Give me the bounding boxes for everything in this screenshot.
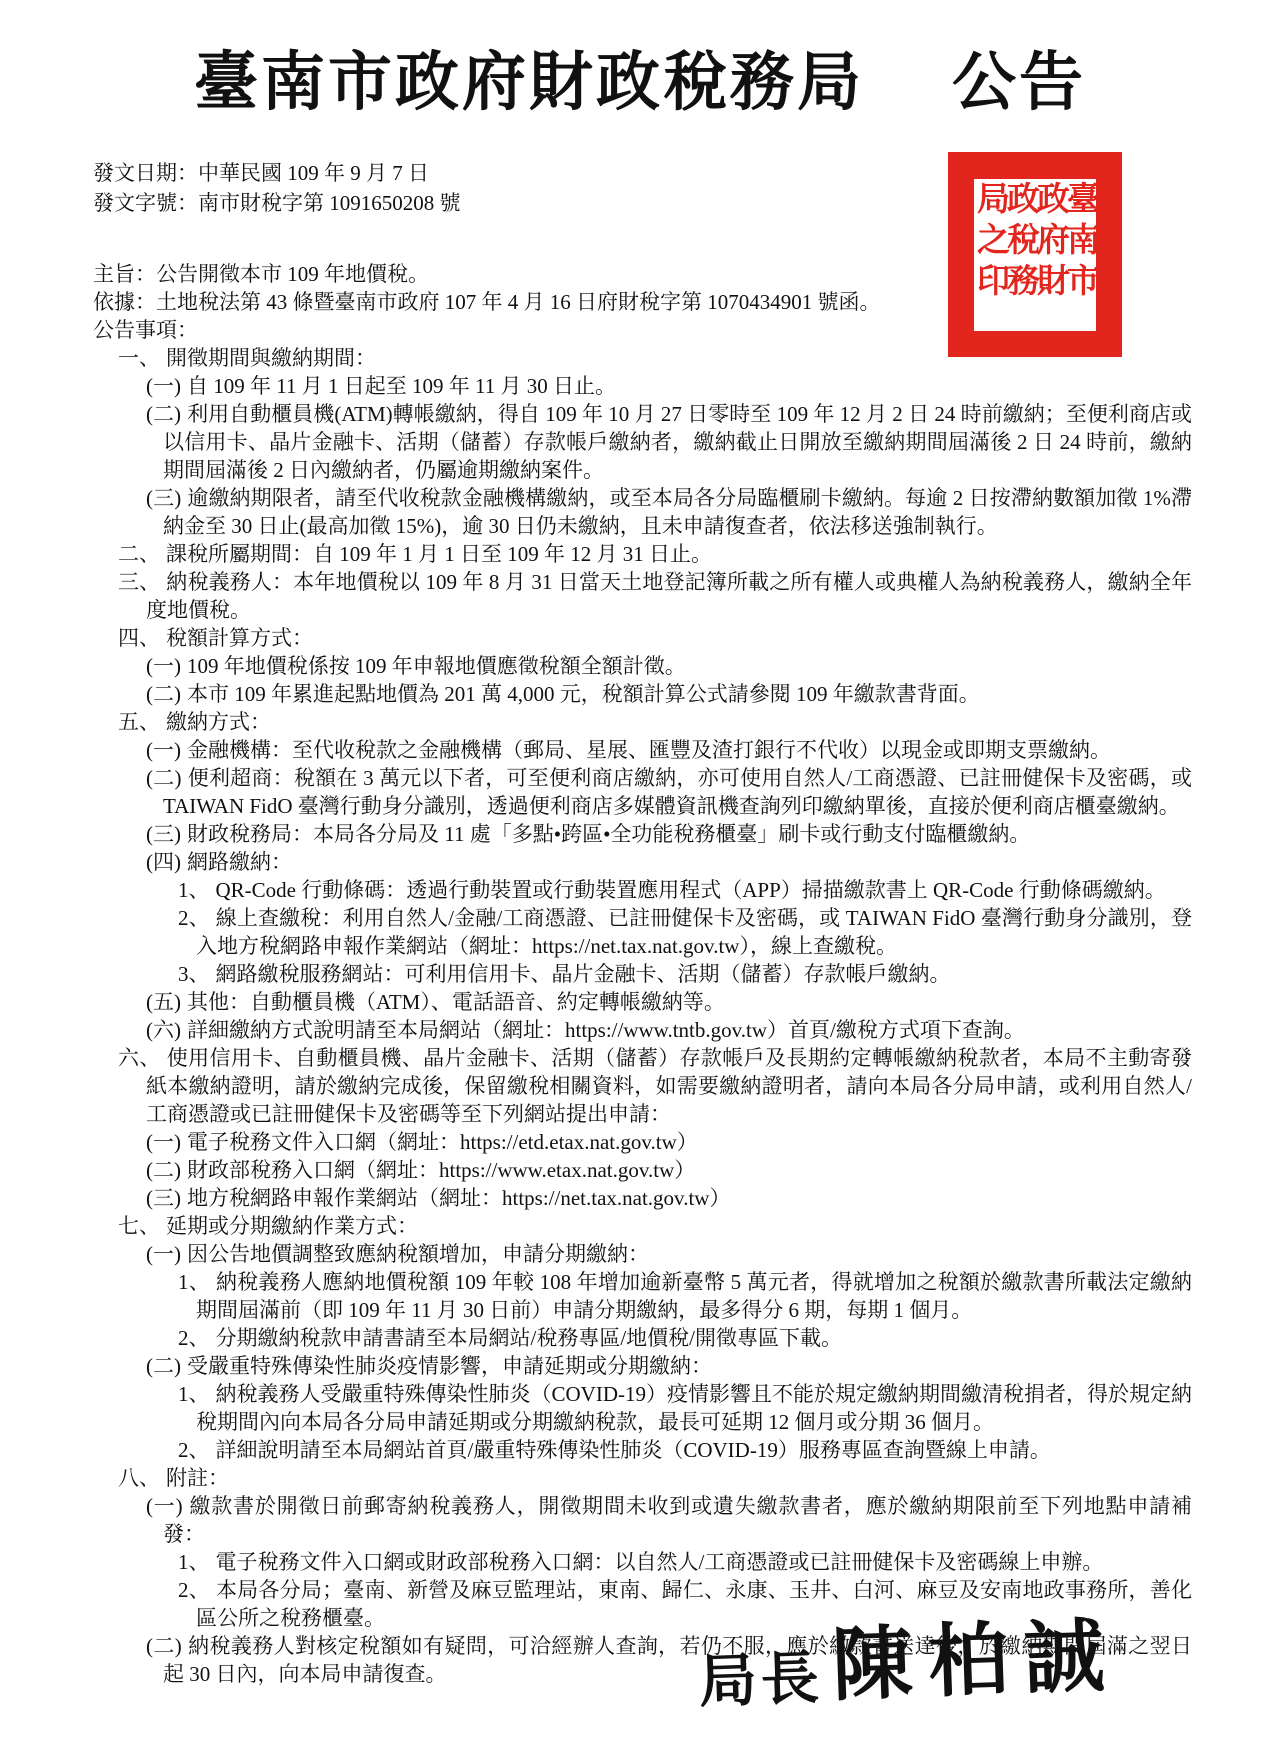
announcement-item: 3、網路繳稅服務網站：可利用信用卡、晶片金融卡、活期（儲蓄）存款帳戶繳納。 bbox=[93, 960, 1192, 988]
item-text: 納稅義務人應納地價稅額 109 年較 108 年增加逾新臺幣 5 萬元者，得就增… bbox=[196, 1270, 1192, 1322]
announcement-item: (二)本市 109 年累進起點地價為 201 萬 4,000 元，稅額計算公式請… bbox=[93, 680, 1192, 708]
announcement-item: (一)繳款書於開徵日前郵寄納稅義務人，開徵期間未收到或遺失繳款書者，應於繳納期限… bbox=[93, 1492, 1192, 1548]
announcement-item: 六、使用信用卡、自動櫃員機、晶片金融卡、活期（儲蓄）存款帳戶及長期約定轉帳繳納稅… bbox=[93, 1044, 1192, 1128]
item-marker: (二) bbox=[146, 402, 181, 426]
item-marker: 二、 bbox=[118, 542, 160, 566]
item-text: 網路繳稅服務網站：可利用信用卡、晶片金融卡、活期（儲蓄）存款帳戶繳納。 bbox=[216, 962, 951, 986]
item-text: 逾繳納期限者，請至代收稅款金融機構繳納，或至本局各分局臨櫃刷卡繳納。每逾 2 日… bbox=[163, 486, 1192, 538]
announcement-item: (一)電子稅務文件入口網（網址：https://etd.etax.nat.gov… bbox=[93, 1128, 1192, 1156]
item-marker: 2、 bbox=[178, 906, 210, 930]
official-seal-text: 臺南市政府財政稅務局之印 bbox=[974, 179, 1096, 331]
item-text: 稅額計算方式： bbox=[166, 626, 313, 650]
item-marker: 2、 bbox=[178, 1326, 210, 1350]
announcement-item: 1、納稅義務人受嚴重特殊傳染性肺炎（COVID-19）疫情影響且不能於規定繳納期… bbox=[93, 1380, 1192, 1436]
item-marker: (五) bbox=[146, 990, 181, 1014]
item-marker: 1、 bbox=[178, 1270, 210, 1294]
item-text: 開徵期間與繳納期間： bbox=[166, 346, 376, 370]
item-marker: (三) bbox=[146, 822, 181, 846]
item-text: 財政部稅務入口網（網址：https://www.etax.nat.gov.tw） bbox=[187, 1158, 695, 1182]
announcement-item: (三)地方稅網路申報作業網站（網址：https://net.tax.nat.go… bbox=[93, 1184, 1192, 1212]
item-text: 本市 109 年累進起點地價為 201 萬 4,000 元，稅額計算公式請參閱 … bbox=[187, 682, 980, 706]
item-text: 因公告地價調整致應納稅額增加，申請分期繳納： bbox=[187, 1242, 649, 1266]
item-marker: (二) bbox=[146, 682, 181, 706]
item-marker: 2、 bbox=[178, 1578, 210, 1602]
item-text: 詳細說明請至本局網站首頁/嚴重特殊傳染性肺炎（COVID-19）服務專區查詢暨線… bbox=[216, 1438, 1051, 1462]
item-marker: 1、 bbox=[178, 1550, 210, 1574]
item-marker: (三) bbox=[146, 1186, 181, 1210]
announcement-item: (一)109 年地價稅係按 109 年申報地價應徵稅額全額計徵。 bbox=[93, 652, 1192, 680]
item-marker: 1、 bbox=[178, 1382, 210, 1406]
announcement-item: 2、線上查繳稅：利用自然人/金融/工商憑證、已註冊健保卡及密碼，或 TAIWAN… bbox=[93, 904, 1192, 960]
agency-name: 臺南市政府財政稅務局 bbox=[194, 47, 864, 118]
seal-column: 局之印 bbox=[975, 181, 1005, 329]
item-text: 繳納方式： bbox=[166, 710, 271, 734]
seal-column: 政稅務 bbox=[1005, 181, 1035, 329]
official-seal: 臺南市政府財政稅務局之印 bbox=[948, 152, 1122, 357]
item-marker: (二) bbox=[146, 1158, 181, 1182]
announcement-page: 臺南市政府財政稅務局公告 發文日期：中華民國 109 年 9 月 7 日 發文字… bbox=[0, 0, 1280, 1762]
announcement-item: (三)逾繳納期限者，請至代收稅款金融機構繳納，或至本局各分局臨櫃刷卡繳納。每逾 … bbox=[93, 484, 1192, 540]
item-text: 使用信用卡、自動櫃員機、晶片金融卡、活期（儲蓄）存款帳戶及長期約定轉帳繳納稅款者… bbox=[146, 1046, 1192, 1126]
announcement-item: 四、稅額計算方式： bbox=[93, 624, 1192, 652]
item-text: 便利超商：稅額在 3 萬元以下者，可至便利商店繳納，亦可使用自然人/工商憑證、已… bbox=[163, 766, 1192, 818]
item-text: 附註： bbox=[166, 1466, 229, 1490]
item-text: 分期繳納稅款申請書請至本局網站/稅務專區/地價稅/開徵專區下載。 bbox=[216, 1326, 843, 1350]
announcement-item: 八、附註： bbox=[93, 1464, 1192, 1492]
item-text: 自 109 年 11 月 1 日起至 109 年 11 月 30 日止。 bbox=[187, 374, 616, 398]
announcement-item: 1、電子稅務文件入口網或財政部稅務入口網：以自然人/工商憑證或已註冊健保卡及密碼… bbox=[93, 1548, 1192, 1576]
item-marker: (一) bbox=[146, 738, 181, 762]
item-text: QR-Code 行動條碼：透過行動裝置或行動裝置應用程式（APP）掃描繳款書上 … bbox=[216, 878, 1166, 902]
item-text: 電子稅務文件入口網或財政部稅務入口網：以自然人/工商憑證或已註冊健保卡及密碼線上… bbox=[216, 1550, 1104, 1574]
document-title: 臺南市政府財政稅務局公告 bbox=[0, 0, 1280, 126]
doc-type-label: 公告 bbox=[952, 47, 1086, 118]
announcement-item: (一)因公告地價調整致應納稅額增加，申請分期繳納： bbox=[93, 1240, 1192, 1268]
item-text: 網路繳納： bbox=[187, 850, 292, 874]
announcement-item: 2、分期繳納稅款申請書請至本局網站/稅務專區/地價稅/開徵專區下載。 bbox=[93, 1324, 1192, 1352]
seal-column: 臺南市 bbox=[1065, 181, 1095, 329]
item-text: 電子稅務文件入口網（網址：https://etd.etax.nat.gov.tw… bbox=[187, 1130, 698, 1154]
announcement-item: (二)便利超商：稅額在 3 萬元以下者，可至便利商店繳納，亦可使用自然人/工商憑… bbox=[93, 764, 1192, 820]
items-list: 一、開徵期間與繳納期間：(一)自 109 年 11 月 1 日起至 109 年 … bbox=[93, 344, 1192, 1688]
item-marker: (二) bbox=[146, 1634, 182, 1658]
item-marker: (二) bbox=[146, 766, 181, 790]
item-text: 金融機構：至代收稅款之金融機構（郵局、星展、匯豐及渣打銀行不代收）以現金或即期支… bbox=[187, 738, 1111, 762]
announcement-item: 1、納稅義務人應納地價稅額 109 年較 108 年增加逾新臺幣 5 萬元者，得… bbox=[93, 1268, 1192, 1324]
item-marker: 四、 bbox=[118, 626, 160, 650]
item-marker: 五、 bbox=[118, 710, 160, 734]
announcement-item: (四)網路繳納： bbox=[93, 848, 1192, 876]
item-text: 地方稅網路申報作業網站（網址：https://net.tax.nat.gov.t… bbox=[187, 1186, 730, 1210]
item-marker: (六) bbox=[146, 1018, 181, 1042]
item-marker: (一) bbox=[146, 1494, 183, 1518]
item-text: 課稅所屬期間：自 109 年 1 月 1 日至 109 年 12 月 31 日止… bbox=[166, 542, 712, 566]
item-text: 納稅義務人受嚴重特殊傳染性肺炎（COVID-19）疫情影響且不能於規定繳納期間繳… bbox=[196, 1382, 1192, 1434]
item-marker: (一) bbox=[146, 374, 181, 398]
item-marker: 3、 bbox=[178, 962, 210, 986]
announcement-item: (二)受嚴重特殊傳染性肺炎疫情影響，申請延期或分期繳納： bbox=[93, 1352, 1192, 1380]
announcement-item: 七、延期或分期繳納作業方式： bbox=[93, 1212, 1192, 1240]
announcement-item: (二)利用自動櫃員機(ATM)轉帳繳納，得自 109 年 10 月 27 日零時… bbox=[93, 400, 1192, 484]
announcement-item: 1、QR-Code 行動條碼：透過行動裝置或行動裝置應用程式（APP）掃描繳款書… bbox=[93, 876, 1192, 904]
announcement-body: 主旨：公告開徵本市 109 年地價稅。 依據：土地稅法第 43 條暨臺南市政府 … bbox=[0, 260, 1280, 1688]
item-marker: 1、 bbox=[178, 878, 210, 902]
item-marker: (一) bbox=[146, 1242, 181, 1266]
announcement-item: (六)詳細繳納方式說明請至本局網站（網址：https://www.tntb.go… bbox=[93, 1016, 1192, 1044]
item-marker: (一) bbox=[146, 654, 181, 678]
announcement-item: 五、繳納方式： bbox=[93, 708, 1192, 736]
announcement-item: (一)金融機構：至代收稅款之金融機構（郵局、星展、匯豐及渣打銀行不代收）以現金或… bbox=[93, 736, 1192, 764]
item-marker: (三) bbox=[146, 486, 181, 510]
announcement-item: 二、課稅所屬期間：自 109 年 1 月 1 日至 109 年 12 月 31 … bbox=[93, 540, 1192, 568]
item-text: 詳細繳納方式說明請至本局網站（網址：https://www.tntb.gov.t… bbox=[187, 1018, 1025, 1042]
director-signature: 局長 陳柏誠 bbox=[696, 1590, 1140, 1720]
item-marker: 六、 bbox=[118, 1046, 161, 1070]
item-text: 財政稅務局：本局各分局及 11 處「多點•跨區•全功能稅務櫃臺」刷卡或行動支付臨… bbox=[187, 822, 1030, 846]
item-marker: 八、 bbox=[118, 1466, 160, 1490]
item-text: 延期或分期繳納作業方式： bbox=[166, 1214, 418, 1238]
item-marker: (一) bbox=[146, 1130, 181, 1154]
item-marker: (四) bbox=[146, 850, 181, 874]
item-marker: 七、 bbox=[118, 1214, 160, 1238]
item-text: 線上查繳稅：利用自然人/金融/工商憑證、已註冊健保卡及密碼，或 TAIWAN F… bbox=[196, 906, 1192, 958]
item-marker: (二) bbox=[146, 1354, 181, 1378]
item-text: 繳款書於開徵日前郵寄納稅義務人，開徵期間未收到或遺失繳款書者，應於繳納期限前至下… bbox=[163, 1494, 1192, 1546]
signature-title: 局長 bbox=[697, 1630, 824, 1718]
item-text: 利用自動櫃員機(ATM)轉帳繳納，得自 109 年 10 月 27 日零時至 1… bbox=[163, 402, 1192, 482]
announcement-item: 三、納稅義務人：本年地價稅以 109 年 8 月 31 日當天土地登記簿所載之所… bbox=[93, 568, 1192, 624]
announcement-item: (二)財政部稅務入口網（網址：https://www.etax.nat.gov.… bbox=[93, 1156, 1192, 1184]
item-marker: 一、 bbox=[118, 346, 160, 370]
item-marker: 2、 bbox=[178, 1438, 210, 1462]
item-marker: 三、 bbox=[118, 570, 160, 594]
item-text: 109 年地價稅係按 109 年申報地價應徵稅額全額計徵。 bbox=[187, 654, 686, 678]
signature-name: 陳柏誠 bbox=[830, 1591, 1122, 1716]
item-text: 納稅義務人：本年地價稅以 109 年 8 月 31 日當天土地登記簿所載之所有權… bbox=[146, 570, 1192, 622]
item-text: 受嚴重特殊傳染性肺炎疫情影響，申請延期或分期繳納： bbox=[187, 1354, 712, 1378]
announcement-item: (一)自 109 年 11 月 1 日起至 109 年 11 月 30 日止。 bbox=[93, 372, 1192, 400]
announcement-item: 2、詳細說明請至本局網站首頁/嚴重特殊傳染性肺炎（COVID-19）服務專區查詢… bbox=[93, 1436, 1192, 1464]
announcement-item: (五)其他：自動櫃員機（ATM）、電話語音、約定轉帳繳納等。 bbox=[93, 988, 1192, 1016]
announcement-item: (三)財政稅務局：本局各分局及 11 處「多點•跨區•全功能稅務櫃臺」刷卡或行動… bbox=[93, 820, 1192, 848]
seal-column: 政府財 bbox=[1035, 181, 1065, 329]
item-text: 其他：自動櫃員機（ATM）、電話語音、約定轉帳繳納等。 bbox=[187, 990, 725, 1014]
